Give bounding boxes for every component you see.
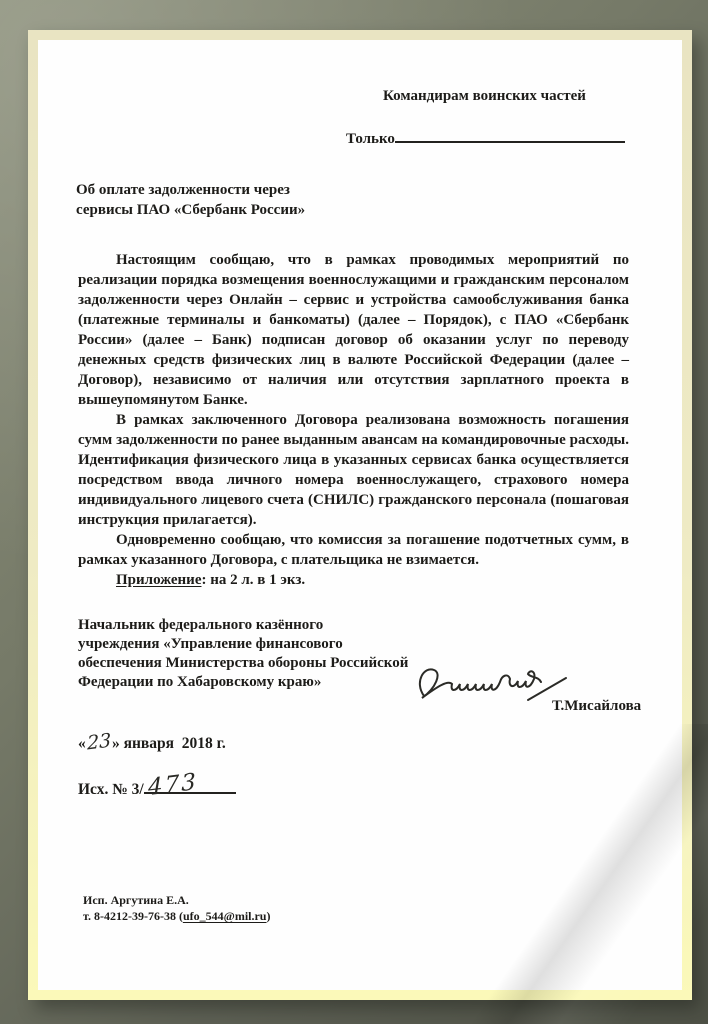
signature-title-line-3: обеспечения Министерства обороны Российс… (78, 654, 408, 673)
attachment-line: Приложение: на 2 л. в 1 экз. (78, 570, 629, 590)
handwritten-day: 23 (87, 730, 111, 753)
paragraph-3: Одновременно сообщаю, что комиссия за по… (78, 530, 629, 570)
signature-title-line-4: Федерации по Хабаровскому краю» (78, 673, 408, 692)
attachment-label: Приложение (116, 572, 201, 588)
recipient-line: Командирам воинских частей (383, 86, 586, 106)
attachment-rest: : на 2 л. в 1 экз. (201, 572, 305, 588)
subject-line-2: сервисы ПАО «Сбербанк России» (76, 200, 305, 220)
executor-block: Исп. Аргутина Е.А. т. 8-4212-39-76-38 (u… (83, 892, 270, 924)
only-field: Только (346, 126, 625, 149)
date-open-quote: « (78, 735, 86, 752)
paragraph-1: Настоящим сообщаю, что в рамках проводим… (78, 250, 629, 410)
date-line: «23» января 2018 г. (78, 732, 226, 754)
subject-line-1: Об оплате задолженности через (76, 180, 305, 200)
signature-title-line-1: Начальник федерального казённого (78, 616, 408, 635)
outgoing-prefix: Исх. № 3/ (78, 781, 144, 798)
outgoing-number-line: Исх. № 3/473 (78, 776, 236, 800)
executor-email: ufo_544@mil.ru (183, 909, 267, 923)
executor-phone-line: т. 8-4212-39-76-38 (ufo_544@mil.ru) (83, 908, 270, 924)
signature-title-block: Начальник федерального казённого учрежде… (78, 616, 408, 692)
letter-body: Настоящим сообщаю, что в рамках проводим… (78, 250, 629, 590)
phone-suffix: ) (266, 909, 270, 923)
signature-title-line-2: учреждения «Управление финансового (78, 635, 408, 654)
outgoing-blank-line: 473 (144, 776, 236, 794)
only-label: Только (346, 131, 395, 147)
letter-page: Командирам воинских частей Только Об опл… (38, 40, 682, 990)
slide-background: Командирам воинских частей Только Об опл… (0, 0, 708, 1024)
signer-name: Т.Мисайлова (552, 696, 641, 716)
handwritten-outgoing-number: 473 (148, 772, 198, 798)
paragraph-2: В рамках заключенного Договора реализова… (78, 410, 629, 530)
only-blank-line (395, 126, 625, 143)
date-rest: » января 2018 г. (112, 735, 226, 752)
phone-prefix: т. 8-4212-39-76-38 ( (83, 909, 183, 923)
executor-name: Исп. Аргутина Е.А. (83, 892, 270, 908)
document-frame: Командирам воинских частей Только Об опл… (28, 30, 692, 1000)
subject-block: Об оплате задолженности через сервисы ПА… (76, 180, 305, 220)
